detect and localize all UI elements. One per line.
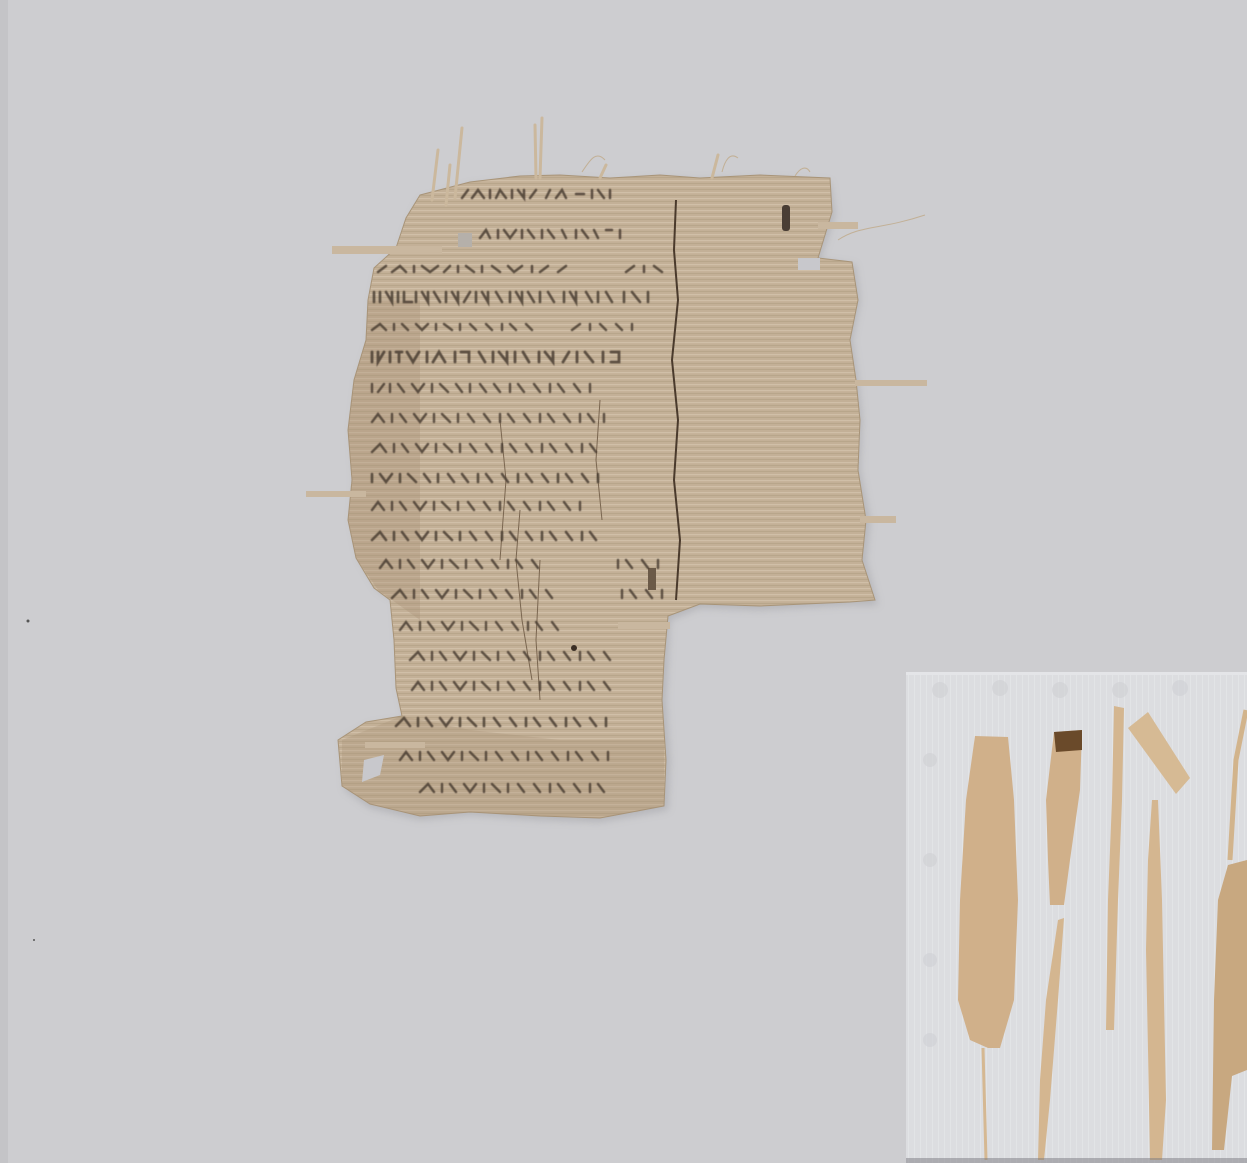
mount-left-edge	[0, 0, 8, 1163]
photo-scene: Papyrus fragment with Greek script mount…	[0, 0, 1247, 1163]
fiber-strip-2-dark-tip	[1054, 730, 1082, 752]
tissue-bottom-shadow	[906, 1158, 1247, 1163]
photo-canvas	[0, 0, 1247, 1163]
tissue-top-edge	[906, 672, 1247, 675]
loose-fibers-panel	[906, 672, 1247, 1163]
